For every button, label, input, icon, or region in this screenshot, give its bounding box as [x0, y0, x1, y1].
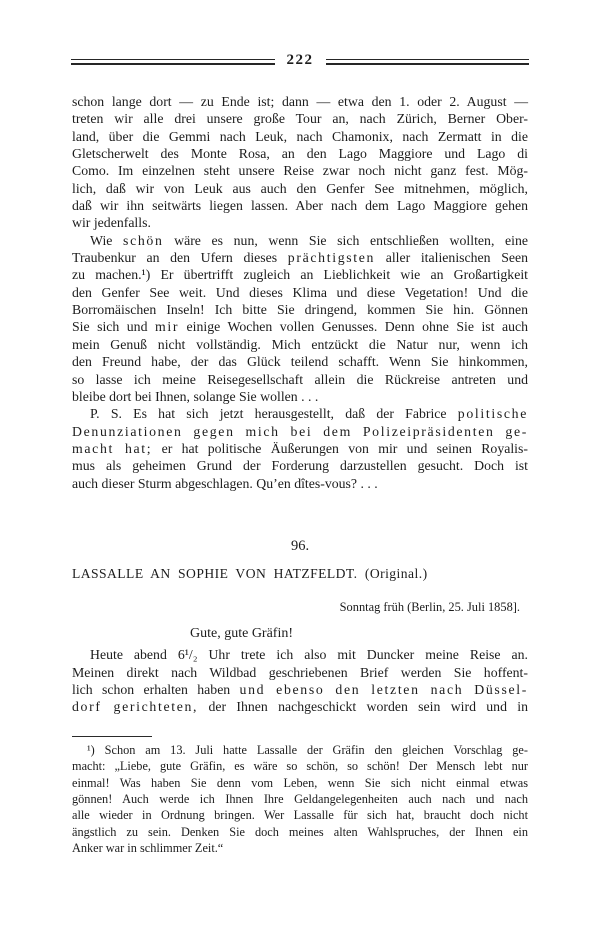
- text-line: Anker war in schlimmer Zeit.“: [72, 840, 528, 856]
- text-segment: ängstlich zu sein. Denken Sie doch meine…: [72, 825, 528, 839]
- text-line: mus als geheimen Grund der Forderung dar…: [72, 457, 528, 474]
- text-segment: lich, daß wir von Leuk aus auch den Genf…: [72, 181, 528, 196]
- text-segment: auch dieser Sturm abgeschlagen. Qu’en dî…: [72, 476, 378, 491]
- text-line: den Freund habe, der das Glück teilend s…: [72, 353, 528, 370]
- text-line: Sie sich und mir einige Wochen vollen Ge…: [72, 318, 528, 335]
- text-line: Borromäischen Inseln! Ich bitte Sie drin…: [72, 301, 528, 318]
- text-line: ängstlich zu sein. Denken Sie doch meine…: [72, 824, 528, 840]
- text-segment: P. S. Es hat sich jetzt herausgestellt, …: [90, 406, 458, 421]
- text-segment: dorf gerichteten,: [72, 699, 198, 714]
- text-line: Traubenkur an den Ufern dieses prächtigs…: [72, 249, 528, 266]
- text-line: P. S. Es hat sich jetzt herausgestellt, …: [72, 405, 528, 422]
- paragraph: P. S. Es hat sich jetzt herausgestellt, …: [72, 405, 528, 492]
- text-line: macht: „Liebe, gute Gräfin, es wäre so s…: [72, 758, 528, 774]
- text-segment: macht: „Liebe, gute Gräfin, es wäre so s…: [72, 759, 528, 773]
- text-line: bleibe dort bei Ihnen, solange Sie wolle…: [72, 388, 528, 405]
- book-page: 222 schon lange dort — zu Ende ist; dann…: [0, 0, 600, 940]
- text-line: schon lange dort — zu Ende ist; dann — e…: [72, 93, 528, 110]
- text-segment: Heute abend 6¹/₂ Uhr trete ich also mit …: [90, 647, 528, 662]
- letter-heading: LASSALLE AN SOPHIE VON HATZFELDT. (Origi…: [72, 565, 528, 582]
- text-line: land, über die Gemmi nach Leuk, nach Cha…: [72, 128, 528, 145]
- page-number: 222: [275, 53, 326, 68]
- text-segment: politische: [458, 406, 528, 421]
- text-line: lich schon erhalten haben und ebenso den…: [72, 681, 528, 698]
- text-segment: Denunziationen gegen mich bei dem Polize…: [72, 424, 528, 439]
- text-line: Denunziationen gegen mich bei dem Polize…: [72, 423, 528, 440]
- text-segment: Gletscherwelt des Monte Rosa, an den Lag…: [72, 146, 528, 161]
- page-header: 222: [71, 54, 529, 69]
- text-line: Wie schön wäre es nun, wenn Sie sich ent…: [72, 232, 528, 249]
- text-segment: prächtigsten: [288, 250, 375, 265]
- text-segment: daß wir ihn seitwärts liegen lassen. Abe…: [72, 198, 528, 213]
- text-segment: aller italienischen Seen: [375, 250, 528, 265]
- text-line: daß wir ihn seitwärts liegen lassen. Abe…: [72, 197, 528, 214]
- letter-dateline: Sonntag früh (Berlin, 25. Juli 1858].: [72, 599, 528, 616]
- text-segment: mir: [155, 319, 179, 334]
- text-line: dorf gerichteten, der Ihnen nachgeschick…: [72, 698, 528, 715]
- header-rule-right: [326, 59, 530, 65]
- footnote: ¹) Schon am 13. Juli hatte Lassalle der …: [72, 742, 528, 857]
- text-line: Como. Im einzelnen steht unsere Reise zw…: [72, 162, 528, 179]
- text-line: einmal! Was haben Sie denn vom Leben, we…: [72, 775, 528, 791]
- text-segment: der Ihnen nachgeschickt worden sein wird…: [198, 699, 528, 714]
- text-segment: alle wieder in Ordnung bringen. Wer Lass…: [72, 808, 528, 822]
- header-rule-left: [71, 59, 275, 65]
- text-line: Heute abend 6¹/₂ Uhr trete ich also mit …: [72, 646, 528, 663]
- footnote-separator-rule: [72, 736, 152, 737]
- letter-96-body: Heute abend 6¹/₂ Uhr trete ich also mit …: [72, 646, 528, 715]
- text-segment: land, über die Gemmi nach Leuk, nach Cha…: [72, 129, 528, 144]
- text-line: so lasse ich meine Reisegesellschaft all…: [72, 371, 528, 388]
- text-segment: so lasse ich meine Reisegesellschaft all…: [72, 372, 528, 387]
- text-line: ¹) Schon am 13. Juli hatte Lassalle der …: [72, 742, 528, 758]
- letter-salutation: Gute, gute Gräfin!: [190, 625, 528, 642]
- text-segment: Como. Im einzelnen steht unsere Reise zw…: [72, 163, 528, 178]
- text-segment: mein Genuß nicht vollständig. Mich entzü…: [72, 337, 528, 352]
- paragraph: Heute abend 6¹/₂ Uhr trete ich also mit …: [72, 646, 528, 715]
- text-segment: ¹) Schon am 13. Juli hatte Lassalle der …: [87, 743, 528, 757]
- text-line: Meinen direkt nach Wildbad geschriebenen…: [72, 664, 528, 681]
- text-segment: Anker war in schlimmer Zeit.“: [72, 841, 223, 855]
- text-segment: wäre es nun, wenn Sie sich entschließen …: [164, 233, 528, 248]
- text-segment: den Genfer See weit. Und dieses Klima un…: [72, 285, 528, 300]
- text-line: lich, daß wir von Leuk aus auch den Genf…: [72, 180, 528, 197]
- text-line: zu machen.¹) Er übertrifft zugleich an L…: [72, 266, 528, 283]
- text-line: gönnen! Auch werde ich Ihnen Ihre Geldan…: [72, 791, 528, 807]
- text-segment: einige Wochen vollen Genusses. Denn ohne…: [179, 319, 528, 334]
- text-line: mein Genuß nicht vollständig. Mich entzü…: [72, 336, 528, 353]
- text-segment: treten wir alle drei unsere große Tour a…: [72, 111, 528, 126]
- text-segment: wir jedenfalls.: [72, 215, 151, 230]
- text-segment: Sie sich und: [72, 319, 155, 334]
- letter-number: 96.: [72, 538, 528, 555]
- text-segment: mus als geheimen Grund der Forderung dar…: [72, 458, 528, 473]
- text-segment: Traubenkur an den Ufern dieses: [72, 250, 288, 265]
- paragraph: Wie schön wäre es nun, wenn Sie sich ent…: [72, 232, 528, 405]
- text-line: alle wieder in Ordnung bringen. Wer Lass…: [72, 807, 528, 823]
- paragraph: schon lange dort — zu Ende ist; dann — e…: [72, 93, 528, 232]
- text-segment: und ebenso den letzten nach Düssel-: [240, 682, 528, 697]
- text-segment: schön: [123, 233, 163, 248]
- text-segment: er hat politische Äußerungen von mir und…: [152, 441, 528, 456]
- text-line: wir jedenfalls.: [72, 214, 528, 231]
- text-line: den Genfer See weit. Und dieses Klima un…: [72, 284, 528, 301]
- text-segment: bleibe dort bei Ihnen, solange Sie wolle…: [72, 389, 318, 404]
- text-line: auch dieser Sturm abgeschlagen. Qu’en dî…: [72, 475, 528, 492]
- text-line: treten wir alle drei unsere große Tour a…: [72, 110, 528, 127]
- text-line: macht hat; er hat politische Äußerungen …: [72, 440, 528, 457]
- text-line: Gletscherwelt des Monte Rosa, an den Lag…: [72, 145, 528, 162]
- letter-continuation-body: schon lange dort — zu Ende ist; dann — e…: [72, 93, 528, 492]
- text-segment: macht hat;: [72, 441, 152, 456]
- text-segment: Wie: [90, 233, 123, 248]
- text-segment: den Freund habe, der das Glück teilend s…: [72, 354, 528, 369]
- text-segment: gönnen! Auch werde ich Ihnen Ihre Geldan…: [72, 792, 528, 806]
- paragraph: ¹) Schon am 13. Juli hatte Lassalle der …: [72, 742, 528, 857]
- text-block: schon lange dort — zu Ende ist; dann — e…: [72, 93, 528, 857]
- text-segment: lich schon erhalten haben: [72, 682, 240, 697]
- text-segment: schon lange dort — zu Ende ist; dann — e…: [72, 94, 528, 109]
- text-segment: Borromäischen Inseln! Ich bitte Sie drin…: [72, 302, 528, 317]
- text-segment: Meinen direkt nach Wildbad geschriebenen…: [72, 665, 528, 680]
- text-segment: einmal! Was haben Sie denn vom Leben, we…: [72, 776, 528, 790]
- text-segment: zu machen.¹) Er übertrifft zugleich an L…: [72, 267, 528, 282]
